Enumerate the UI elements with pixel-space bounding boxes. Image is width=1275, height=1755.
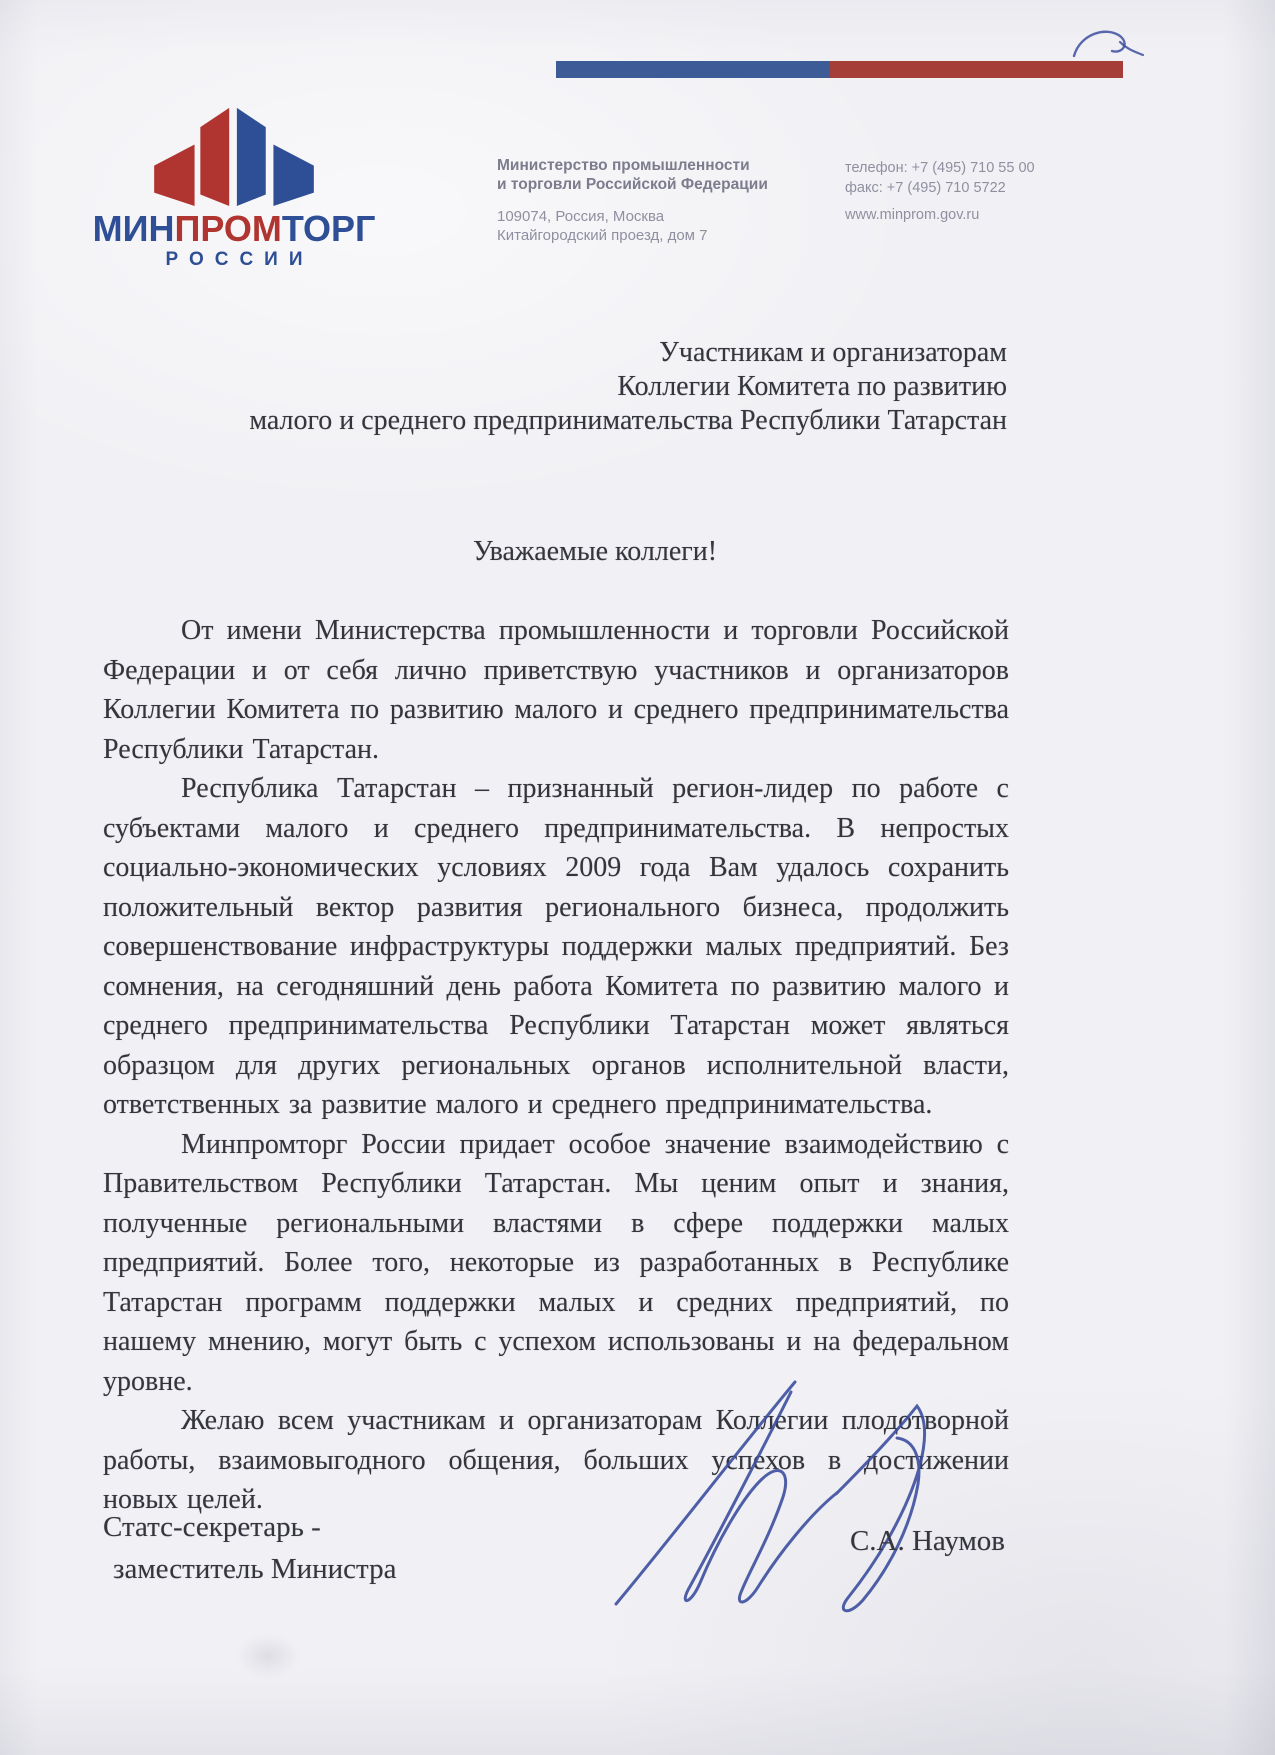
letterhead-color-bar (556, 61, 1123, 78)
scan-smudge (236, 1634, 300, 1678)
signoff-name: С.А. Наумов (850, 1525, 1005, 1558)
signoff-position-line1: Статс-секретарь - (103, 1506, 396, 1548)
ministry-name: Министерство промышленности и торговли Р… (497, 156, 768, 194)
addressee-block: Участникам и организаторам Коллегии Коми… (249, 336, 1007, 438)
ministry-contact-block: телефон: +7 (495) 710 55 00 факс: +7 (49… (845, 158, 1035, 223)
minpromtorg-logo: МИНПРОМТОРГ РОССИИ (88, 92, 380, 272)
signature-ink (598, 1366, 943, 1621)
pen-flourish-mark (1068, 18, 1146, 72)
logo-mark-icon (150, 106, 318, 207)
ministry-name-line1: Министерство промышленности (497, 156, 768, 175)
ministry-name-line2: и торговли Российской Федерации (497, 175, 768, 194)
ministry-address: 109074, Россия, Москва Китайгородский пр… (497, 207, 768, 245)
logo-word-part: ТОРГ (282, 208, 376, 249)
ministry-address-line2: Китайгородский проезд, дом 7 (497, 226, 768, 245)
addressee-line: Участникам и организаторам (249, 336, 1007, 370)
salutation: Уважаемые коллеги! (95, 536, 1095, 568)
body-paragraph: От имени Министерства промышленности и т… (103, 611, 1009, 769)
body-paragraph: Минпромторг России придает особое значен… (103, 1125, 1009, 1402)
website-line: www.minprom.gov.ru (845, 207, 1035, 223)
logo-word-part: ПРОМ (174, 208, 281, 249)
logo-word-part: МИН (93, 208, 175, 249)
color-bar-blue-segment (556, 61, 830, 78)
scanned-letter-page: МИНПРОМТОРГ РОССИИ Министерство промышле… (0, 0, 1275, 1755)
signoff-position-line2: заместитель Министра (103, 1548, 396, 1590)
addressee-line: Коллегии Комитета по развитию (249, 370, 1007, 404)
addressee-line: малого и среднего предпринимательства Ре… (249, 404, 1007, 438)
phone-line: телефон: +7 (495) 710 55 00 (845, 158, 1035, 178)
fax-line: факс: +7 (495) 710 5722 (845, 178, 1035, 198)
ministry-address-line1: 109074, Россия, Москва (497, 207, 768, 226)
signoff-position: Статс-секретарь - заместитель Министра (103, 1506, 396, 1590)
body-paragraph: Республика Татарстан – признанный регион… (103, 769, 1009, 1125)
logo-subtitle: РОССИИ (88, 248, 380, 272)
ministry-info-block: Министерство промышленности и торговли Р… (497, 156, 768, 245)
logo-wordmark: МИНПРОМТОРГ (88, 211, 380, 247)
